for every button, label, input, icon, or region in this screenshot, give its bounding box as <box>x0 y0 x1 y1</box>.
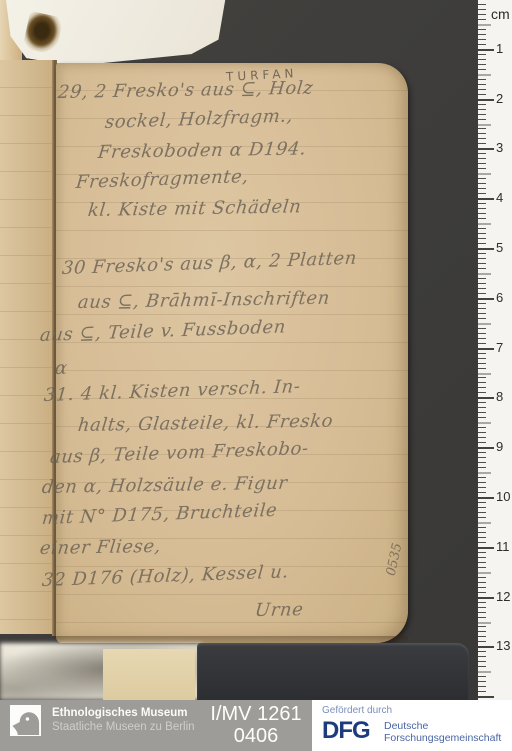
handwriting-line: aus β, Teile vom Freskobo- <box>49 438 310 468</box>
ruler-number: 5 <box>496 240 503 255</box>
ruler-tick <box>478 507 486 508</box>
ruler-tick <box>478 368 486 369</box>
ruler-tick <box>478 651 486 652</box>
ruler-tick <box>478 258 486 259</box>
ruler-tick <box>478 168 486 169</box>
ruler-tick <box>478 447 494 449</box>
ruler-number: 10 <box>496 489 510 504</box>
ruler-tick <box>478 338 486 339</box>
ruler-tick <box>478 213 486 214</box>
ruler-tick <box>478 39 486 40</box>
ruler-tick <box>478 457 486 458</box>
ruler-tick <box>478 552 486 553</box>
ruler-tick <box>478 597 494 599</box>
ruler-tick <box>478 517 486 518</box>
ruler-tick <box>478 188 486 189</box>
ruler-tick <box>478 671 491 673</box>
ruler-number: 8 <box>496 390 503 405</box>
dfg-org-line2: Forschungsgemeinschaft <box>384 732 501 744</box>
ruler-tick <box>478 133 486 134</box>
handwriting-line: Urne <box>254 599 305 621</box>
ruler-tick <box>478 114 486 115</box>
ruler-tick <box>478 4 486 5</box>
museum-name: Ethnologisches Museum <box>52 707 187 719</box>
ruler-tick <box>478 437 486 438</box>
ruler-tick <box>478 69 486 70</box>
photo-area: TURFAN 29, 2 Fresko's aus ⊆, Holz sockel… <box>0 0 512 700</box>
ruler-tick <box>478 636 486 637</box>
ruler-tick <box>478 482 486 483</box>
ruler-tick <box>478 587 486 588</box>
ruler-tick <box>478 382 486 383</box>
ruler-number: 12 <box>496 589 510 604</box>
ruler-tick <box>478 432 486 433</box>
smb-logo <box>10 705 41 736</box>
ruler-tick <box>478 303 486 304</box>
ruler-tick <box>478 686 486 687</box>
ruler-tick <box>478 54 486 55</box>
ruler-tick <box>478 143 486 144</box>
handwriting-line: 30 Fresko's aus β, α, 2 Platten <box>61 248 358 279</box>
ruler-tick <box>478 412 486 413</box>
ruler-tick <box>478 243 486 244</box>
notebook-cover <box>197 643 469 700</box>
eagle-icon <box>10 705 41 736</box>
ruler-tick <box>478 273 491 275</box>
ruler-tick <box>478 358 486 359</box>
handwriting-line: halts, Glasteile, kl. Fresko <box>77 411 334 436</box>
ruler-tick <box>478 109 486 110</box>
ruler-tick <box>478 84 486 85</box>
ruler-tick <box>478 582 486 583</box>
ruler-tick <box>478 119 486 120</box>
funding-label: Gefördert durch <box>322 705 392 716</box>
handwriting-line: α <box>54 358 69 379</box>
footer-bar: Ethnologisches Museum Staatliche Museen … <box>0 700 512 751</box>
ruler-tick <box>478 427 486 428</box>
ruler-tick <box>478 377 486 378</box>
ruler-tick <box>478 492 486 493</box>
ruler-tick <box>478 238 486 239</box>
ruler-tick <box>478 373 491 375</box>
handwriting-line: sockel, Holzfragm., <box>104 105 294 133</box>
paper-strip-bottom <box>103 649 195 700</box>
ruler-tick <box>478 74 491 76</box>
ruler-tick <box>478 228 486 229</box>
ruler-tick <box>478 617 486 618</box>
ruler-tick <box>478 9 486 10</box>
ruler-tick <box>478 198 494 200</box>
ruler-tick <box>478 233 486 234</box>
ruler-tick <box>478 656 486 657</box>
ruler-tick <box>478 472 491 474</box>
handwriting-line: mit N° D175, Bruchteile <box>41 500 278 529</box>
ruler-tick <box>478 666 486 667</box>
ruler-tick <box>478 696 494 698</box>
ruler-tick <box>478 283 486 284</box>
ruler-tick <box>478 253 486 254</box>
ruler-tick <box>478 353 486 354</box>
ruler-tick <box>478 402 486 403</box>
ruler-tick <box>478 477 486 478</box>
inventory-number: I/MV 1261 0406 <box>196 703 316 747</box>
ruler-tick <box>478 59 486 60</box>
handwriting-line: einer Fliese, <box>39 536 162 559</box>
ruler-tick <box>478 173 491 175</box>
ruler-tick <box>478 14 486 15</box>
ruler-tick <box>478 407 486 408</box>
dfg-panel: Gefördert durch DFG Deutsche Forschungsg… <box>312 700 512 751</box>
ruler-tick <box>478 417 486 418</box>
ruler-tick <box>478 487 486 488</box>
ruler-number: 13 <box>496 639 510 654</box>
ruler-tick <box>478 602 486 603</box>
handwriting-line: aus ⊆, Teile v. Fussboden <box>39 316 287 346</box>
ruler-tick <box>478 612 486 613</box>
ruler-tick <box>478 502 486 503</box>
ruler-tick <box>478 631 486 632</box>
ruler-number: 9 <box>496 439 503 454</box>
ruler-tick <box>478 263 486 264</box>
ruler-tick <box>478 512 486 513</box>
ruler-tick <box>478 572 491 574</box>
ruler-tick <box>478 64 486 65</box>
ruler-tick <box>478 592 486 593</box>
ruler-tick <box>478 392 486 393</box>
ruler-tick <box>478 422 491 424</box>
ruler-tick <box>478 547 494 549</box>
ruler-unit-label: cm <box>491 6 510 22</box>
ruler-tick <box>478 24 491 26</box>
ruler-tick <box>478 562 486 563</box>
ruler-tick <box>478 293 486 294</box>
ruler-tick <box>478 532 486 533</box>
ruler-tick <box>478 148 494 150</box>
ruler-tick <box>478 691 486 692</box>
ruler-tick <box>478 542 486 543</box>
ruler-tick <box>478 452 486 453</box>
ruler-tick <box>478 79 486 80</box>
ruler-tick <box>478 557 486 558</box>
dfg-logo: DFG <box>322 717 370 745</box>
ruler-tick <box>478 44 486 45</box>
inventory-line1: I/MV 1261 <box>196 703 316 725</box>
ruler-tick <box>478 99 494 101</box>
ruler-tick <box>478 178 486 179</box>
ruler-tick <box>478 522 491 524</box>
handwriting-line: 31. 4 kl. Kisten versch. In- <box>43 376 301 406</box>
ruler-tick <box>478 223 491 225</box>
ruler-number: 3 <box>496 141 503 156</box>
ruler-tick <box>478 462 486 463</box>
dfg-org-line1: Deutsche <box>384 720 501 732</box>
ruler-tick <box>478 183 486 184</box>
ruler-tick <box>478 313 486 314</box>
ruler-tick <box>478 397 494 399</box>
ruler-tick <box>478 153 486 154</box>
handwriting-layer: TURFAN 29, 2 Fresko's aus ⊆, Holz sockel… <box>56 63 408 643</box>
ruler-tick <box>478 29 486 30</box>
ruler-tick <box>478 163 486 164</box>
handwriting-line: kl. Kiste mit Schädeln <box>87 196 303 221</box>
ruler-tick <box>478 268 486 269</box>
ruler-tick <box>478 94 486 95</box>
ruler-tick <box>478 467 486 468</box>
ruler-tick <box>478 328 486 329</box>
dfg-org-name: Deutsche Forschungsgemeinschaft <box>384 720 501 744</box>
ruler-tick <box>478 348 494 350</box>
handwriting-line: aus ⊆, Brāhmī-Inschriften <box>77 288 331 313</box>
ruler-tick <box>478 193 486 194</box>
ruler-tick <box>478 622 491 624</box>
ruler-tick <box>478 318 486 319</box>
scan-viewport: TURFAN 29, 2 Fresko's aus ⊆, Holz sockel… <box>0 0 512 751</box>
ruler-tick <box>478 89 486 90</box>
ruler-tick <box>478 49 494 51</box>
handwriting-line: den α, Holzsäule e. Figur <box>41 473 289 498</box>
ruler-tick <box>478 19 486 20</box>
ruler-number: 7 <box>496 340 503 355</box>
ruler-tick <box>478 333 486 334</box>
ruler-tick <box>478 646 494 648</box>
ruler-tick <box>478 104 486 105</box>
handwriting-line: 29, 2 Fresko's aus ⊆, Holz <box>57 78 315 103</box>
ruler-tick <box>478 537 486 538</box>
ruler-tick <box>478 158 486 159</box>
ruler-tick <box>478 138 486 139</box>
ruler-tick <box>478 676 486 677</box>
inventory-line2: 0406 <box>196 725 316 747</box>
handwriting-line: Freskofragmente, <box>75 166 250 193</box>
ruler-tick <box>478 248 494 250</box>
ruler-tick <box>478 128 486 129</box>
ruler-tick <box>478 278 486 279</box>
ruler-tick <box>478 298 494 300</box>
ruler-tick <box>478 626 486 627</box>
ruler-tick <box>478 527 486 528</box>
ruler-tick <box>478 288 486 289</box>
handwriting-line: Freskoboden α D194. <box>97 138 308 163</box>
ruler-tick <box>478 577 486 578</box>
measuring-ruler: cm 12345678910111213 <box>478 0 512 700</box>
ruler-tick <box>478 387 486 388</box>
ruler-tick <box>478 661 486 662</box>
ruler-tick <box>478 218 486 219</box>
ruler-number: 11 <box>496 539 510 554</box>
ruler-tick <box>478 308 486 309</box>
ruler-tick <box>478 681 486 682</box>
ruler-number: 6 <box>496 290 503 305</box>
ruler-tick <box>478 567 486 568</box>
ruler-tick <box>478 323 491 325</box>
ruler-tick <box>478 124 491 126</box>
ruler-tick <box>478 343 486 344</box>
ruler-tick <box>478 203 486 204</box>
ruler-tick <box>478 641 486 642</box>
ruler-tick <box>478 607 486 608</box>
ruler-number: 1 <box>496 41 503 56</box>
ruler-tick <box>478 442 486 443</box>
ruler-tick <box>478 34 486 35</box>
ruler-number: 4 <box>496 190 503 205</box>
museum-subtitle: Staatliche Museen zu Berlin <box>52 721 195 733</box>
ruler-tick <box>478 497 494 499</box>
ruler-number: 2 <box>496 91 503 106</box>
ruler-tick <box>478 363 486 364</box>
handwriting-line: 32 D176 (Holz), Kessel u. <box>41 561 290 591</box>
ruler-tick <box>478 208 486 209</box>
